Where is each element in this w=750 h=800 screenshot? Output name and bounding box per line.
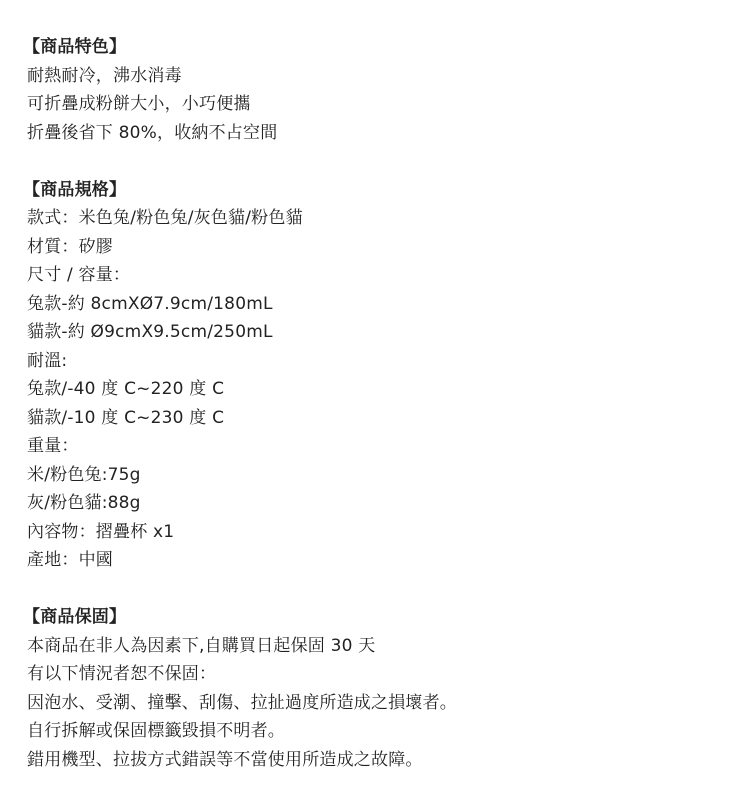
spec-line: 兔款-約 8cmXØ7.9cm/180mL bbox=[27, 290, 727, 319]
spec-line: 尺寸 / 容量： bbox=[27, 261, 727, 290]
spec-line: 米/粉色兔:75g bbox=[27, 461, 727, 490]
product-description: 【商品特色】 耐熱耐冷，沸水消毒 可折疊成粉餅大小，小巧便攜 折疊後省下 80%… bbox=[27, 33, 727, 774]
section-features: 【商品特色】 耐熱耐冷，沸水消毒 可折疊成粉餅大小，小巧便攜 折疊後省下 80%… bbox=[27, 33, 727, 147]
section-warranty: 【商品保固】 本商品在非人為因素下,自購買日起保固 30 天 有以下情況者恕不保… bbox=[27, 603, 727, 774]
spec-line: 款式：米色兔/粉色兔/灰色貓/粉色貓 bbox=[27, 204, 727, 233]
spec-line: 貓款-約 Ø9cmX9.5cm/250mL bbox=[27, 318, 727, 347]
feature-line: 可折疊成粉餅大小，小巧便攜 bbox=[27, 90, 727, 119]
feature-line: 折疊後省下 80%，收納不占空間 bbox=[27, 119, 727, 148]
warranty-line: 有以下情況者恕不保固： bbox=[27, 660, 727, 689]
feature-line: 耐熱耐冷，沸水消毒 bbox=[27, 62, 727, 91]
spec-line: 兔款/-40 度 C~220 度 C bbox=[27, 375, 727, 404]
warranty-line: 本商品在非人為因素下,自購買日起保固 30 天 bbox=[27, 632, 727, 661]
spec-line: 重量： bbox=[27, 432, 727, 461]
spec-line: 耐溫: bbox=[27, 347, 727, 376]
warranty-line: 因泡水、受潮、撞擊、刮傷、拉扯過度所造成之損壞者。 bbox=[27, 689, 727, 718]
section-heading-specifications: 【商品規格】 bbox=[23, 176, 727, 205]
section-heading-warranty: 【商品保固】 bbox=[23, 603, 727, 632]
spec-line: 貓款/-10 度 C~230 度 C bbox=[27, 404, 727, 433]
spec-line: 產地：中國 bbox=[27, 546, 727, 575]
warranty-line: 自行拆解或保固標籤毀損不明者。 bbox=[27, 717, 727, 746]
warranty-line: 錯用機型、拉拔方式錯誤等不當使用所造成之故障。 bbox=[27, 746, 727, 775]
spec-line: 材質：矽膠 bbox=[27, 233, 727, 262]
spec-line: 內容物：摺疊杯 x1 bbox=[27, 518, 727, 547]
spec-line: 灰/粉色貓:88g bbox=[27, 489, 727, 518]
section-heading-features: 【商品特色】 bbox=[23, 33, 727, 62]
section-specifications: 【商品規格】 款式：米色兔/粉色兔/灰色貓/粉色貓 材質：矽膠 尺寸 / 容量：… bbox=[27, 176, 727, 575]
